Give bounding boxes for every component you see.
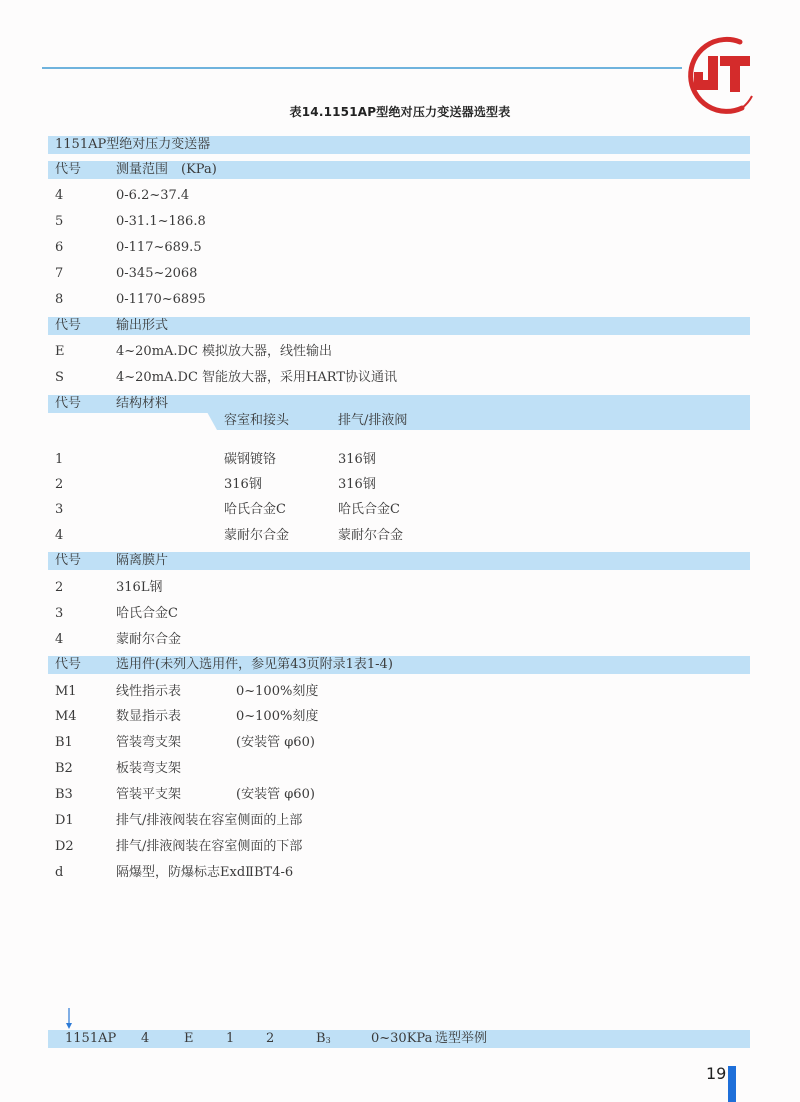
row-value: 0-345~2068 <box>116 264 197 284</box>
row-code: E <box>55 342 65 362</box>
code-label: 代号 <box>55 656 81 674</box>
header-rule <box>42 67 682 69</box>
section-heading: 测量范围 (KPa) <box>116 161 217 179</box>
arrow-down-icon <box>64 1008 74 1030</box>
row-code: 4 <box>55 186 63 206</box>
table-row: 4 蒙耐尔合金 <box>0 630 800 650</box>
row-chamber: 碳钢镀铬 <box>224 450 276 470</box>
row-chamber: 蒙耐尔合金 <box>224 526 289 546</box>
row-code: B2 <box>55 759 73 779</box>
row-note: (安装管 φ60) <box>236 785 315 805</box>
row-value: 管装平支架 <box>116 785 181 805</box>
row-value: 线性指示表 <box>116 682 181 702</box>
table-row: d 隔爆型，防爆标志ExdⅡBT4-6 <box>0 863 800 883</box>
section-header-range: 代号 测量范围 (KPa) <box>48 161 750 179</box>
page-title: 表14.1151AP型绝对压力变送器选型表 <box>0 103 800 120</box>
row-code: 2 <box>55 578 63 598</box>
example-material-code: 1 <box>226 1030 234 1048</box>
code-label: 代号 <box>55 317 81 335</box>
table-row: M1 线性指示表 0~100%刻度 <box>0 682 800 702</box>
product-title-band: 1151AP型绝对压力变送器 <box>48 136 750 154</box>
table-row: B2 板装弯支架 <box>0 759 800 779</box>
table-row: 3 哈氏合金C <box>0 604 800 624</box>
example-option-code: B3 <box>316 1030 331 1050</box>
code-label: 代号 <box>55 395 81 413</box>
row-value: 哈氏合金C <box>116 604 178 624</box>
row-code: d <box>55 863 63 883</box>
table-row: S 4~20mA.DC 智能放大器，采用HART协议通讯 <box>0 368 800 388</box>
row-value: 排气/排液阀装在容室侧面的下部 <box>116 837 302 857</box>
example-range: 0~30KPa <box>371 1030 432 1048</box>
row-value: 板装弯支架 <box>116 759 181 779</box>
subheader-chamber: 容室和接头 <box>224 412 289 430</box>
row-code: B3 <box>55 785 73 805</box>
example-model: 1151AP <box>65 1030 116 1048</box>
row-code: 1 <box>55 450 63 470</box>
row-valve: 哈氏合金C <box>338 500 400 520</box>
table-row: 1 碳钢镀铬 316钢 <box>0 450 800 470</box>
row-value: 0-6.2~37.4 <box>116 186 189 206</box>
section-header-diaphragm: 代号 隔离膜片 <box>48 552 750 570</box>
row-note: 0~100%刻度 <box>236 682 318 702</box>
table-row: 4 0-6.2~37.4 <box>0 186 800 206</box>
row-note: 0~100%刻度 <box>236 707 318 727</box>
row-code: D1 <box>55 811 74 831</box>
row-code: 3 <box>55 500 63 520</box>
code-label: 代号 <box>55 552 81 570</box>
table-row: 7 0-345~2068 <box>0 264 800 284</box>
section-header-options: 代号 选用件(未列入选用件，参见第43页附录1表1-4) <box>48 656 750 674</box>
row-value: 4~20mA.DC 智能放大器，采用HART协议通讯 <box>116 368 397 388</box>
row-code: 2 <box>55 475 63 495</box>
table-row: 2 316钢 316钢 <box>0 475 800 495</box>
row-value: 316L钢 <box>116 578 162 598</box>
product-title: 1151AP型绝对压力变送器 <box>55 136 210 154</box>
row-code: 6 <box>55 238 63 258</box>
row-valve: 316钢 <box>338 450 376 470</box>
example-diaphragm-code: 2 <box>266 1030 274 1048</box>
row-code: 4 <box>55 526 63 546</box>
page-marker-bar <box>728 1066 736 1102</box>
table-row: 2 316L钢 <box>0 578 800 598</box>
row-code: 8 <box>55 290 63 310</box>
table-row: 5 0-31.1~186.8 <box>0 212 800 232</box>
table-row: 3 哈氏合金C 哈氏合金C <box>0 500 800 520</box>
row-code: M4 <box>55 707 77 727</box>
page-number: 19 <box>706 1064 726 1083</box>
row-value: 数显指示表 <box>116 707 181 727</box>
row-code: 7 <box>55 264 63 284</box>
section-header-output: 代号 输出形式 <box>48 317 750 335</box>
row-value: 管装弯支架 <box>116 733 181 753</box>
table-row: B1 管装弯支架 (安装管 φ60) <box>0 733 800 753</box>
row-code: M1 <box>55 682 77 702</box>
row-value: 0-31.1~186.8 <box>116 212 206 232</box>
row-code: S <box>55 368 64 388</box>
table-row: M4 数显指示表 0~100%刻度 <box>0 707 800 727</box>
row-value: 隔爆型，防爆标志ExdⅡBT4-6 <box>116 863 293 883</box>
row-valve: 蒙耐尔合金 <box>338 526 403 546</box>
code-label: 代号 <box>55 161 81 179</box>
table-row: E 4~20mA.DC 模拟放大器，线性输出 <box>0 342 800 362</box>
section-header-materials: 代号 结构材料 <box>48 395 750 413</box>
selection-example-band: 1151AP 4 E 1 2 B3 0~30KPa 选型举例 <box>48 1030 750 1048</box>
example-output-code: E <box>184 1030 194 1048</box>
row-value: 4~20mA.DC 模拟放大器，线性输出 <box>116 342 332 362</box>
row-chamber: 哈氏合金C <box>224 500 286 520</box>
example-label: 选型举例 <box>435 1030 487 1048</box>
section-heading: 选用件(未列入选用件，参见第43页附录1表1-4) <box>116 656 393 674</box>
example-range-code: 4 <box>141 1030 149 1048</box>
row-code: B1 <box>55 733 73 753</box>
table-row: 6 0-117~689.5 <box>0 238 800 258</box>
subheader-valve: 排气/排液阀 <box>338 412 407 430</box>
row-value: 排气/排液阀装在容室侧面的上部 <box>116 811 302 831</box>
table-row: 4 蒙耐尔合金 蒙耐尔合金 <box>0 526 800 546</box>
row-value: 蒙耐尔合金 <box>116 630 181 650</box>
row-valve: 316钢 <box>338 475 376 495</box>
section-heading: 隔离膜片 <box>116 552 168 570</box>
row-code: 3 <box>55 604 63 624</box>
materials-subheader-band: 容室和接头 排气/排液阀 <box>207 412 750 430</box>
row-chamber: 316钢 <box>224 475 262 495</box>
section-heading: 输出形式 <box>116 317 168 335</box>
table-row: B3 管装平支架 (安装管 φ60) <box>0 785 800 805</box>
section-heading: 结构材料 <box>116 395 168 413</box>
row-note: (安装管 φ60) <box>236 733 315 753</box>
table-row: D2 排气/排液阀装在容室侧面的下部 <box>0 837 800 857</box>
row-value: 0-1170~6895 <box>116 290 206 310</box>
row-value: 0-117~689.5 <box>116 238 202 258</box>
row-code: 5 <box>55 212 63 232</box>
row-code: 4 <box>55 630 63 650</box>
table-row: D1 排气/排液阀装在容室侧面的上部 <box>0 811 800 831</box>
table-row: 8 0-1170~6895 <box>0 290 800 310</box>
row-code: D2 <box>55 837 74 857</box>
